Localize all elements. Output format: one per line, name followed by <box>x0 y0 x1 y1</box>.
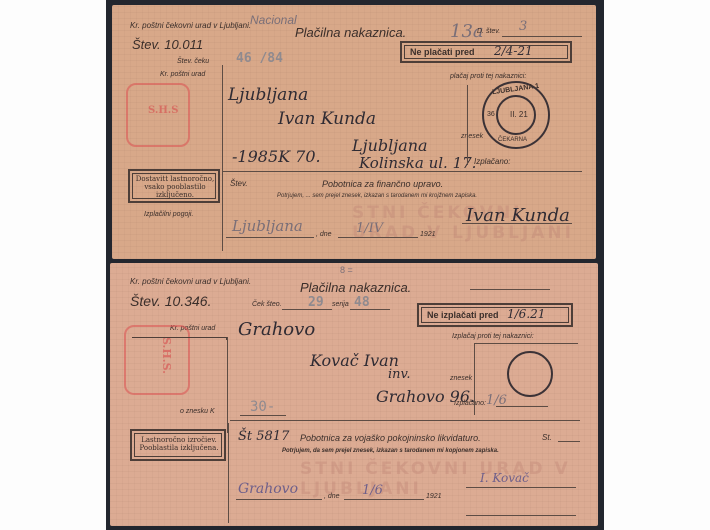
amount-label: znesek <box>450 375 472 382</box>
paid-label: Izplačano: <box>454 400 486 407</box>
payee-extra: inv. <box>388 367 410 382</box>
not-before-label: Ne izplačati pred <box>427 310 499 320</box>
postmark: LJUBLJANA 1 36 II. 21 ČEKARNA <box>482 81 550 149</box>
serija-label: serija <box>332 301 349 308</box>
payment-order-card-2: STNI ČEKOVNI URAD V LJUBLJANI 8 = Kr. po… <box>110 263 598 526</box>
cek-value: 46 /84 <box>236 51 283 66</box>
issuer-label: Kr. poštni čekovni urad v Ljubljani. <box>130 277 251 286</box>
not-before-date: 2/4-21 <box>494 44 533 58</box>
d-number-extra: 3 <box>519 19 527 34</box>
office-value: Grahovo <box>238 319 315 340</box>
instruction-box: Dostavitt lastnoročno, vsako pooblastilo… <box>128 169 220 203</box>
date-value: 1/IV <box>356 221 383 236</box>
form-number: Štev. 10.346. <box>130 293 211 309</box>
year-value: 1921 <box>420 231 436 238</box>
not-before-box: Ne izplačati pred 1/6.21 <box>417 303 573 327</box>
form-title: Plačilna nakaznica. <box>300 280 411 295</box>
cek-value: 29 <box>308 295 324 310</box>
payee-label: Izplačaj proti tej nakaznici: <box>452 333 534 340</box>
year-value: 1921 <box>426 493 442 500</box>
stev-label: Štev. <box>230 179 248 188</box>
payee-city: Ljubljana <box>352 136 428 155</box>
place-value: Grahovo <box>238 481 298 497</box>
serija-value: 48 <box>354 295 370 310</box>
top-mark: 8 = <box>340 265 353 275</box>
issuer-label: Kr. poštni čekovni urad v Ljubljani. <box>130 21 251 30</box>
signature: I. Kovač <box>480 471 529 485</box>
instruction-box: Lastnoročno izročiev. Pooblastila izklju… <box>130 429 226 461</box>
postmark-placeholder <box>507 351 553 397</box>
d-number-label: D. štev. <box>477 28 500 35</box>
payee-name: Kovač Ivan <box>310 351 399 370</box>
receipt-title: Pobotnica za vojaško pokojninsko likvida… <box>300 433 481 443</box>
amount-label-left: o znesku K <box>180 408 215 415</box>
not-before-label: Ne plačati pred <box>410 47 475 57</box>
payee-label: plačaj proti tej nakaznici: <box>450 73 526 80</box>
amount-value: -1985K 70. <box>232 147 321 166</box>
watermark-text: STNI ČEKOVNI URAD V LJUBLJANI <box>300 459 598 499</box>
date-label: , dne <box>316 231 332 238</box>
red-stamp: S.H.S. <box>124 325 190 395</box>
red-stamp: S.H.S <box>126 83 190 147</box>
form-number: Štev. 10.011 <box>132 37 203 52</box>
receipt-text: Potrjujem, ... sem prejel znesek, izkaza… <box>277 193 477 199</box>
receipt-text: Potrjujem, da sem prejel znesek, izkazan… <box>282 448 499 454</box>
date-label: , dne <box>324 493 340 500</box>
form-title: Plačilna nakaznica. <box>295 25 406 40</box>
place-value: Ljubljana <box>232 217 303 235</box>
cek-label: Ček šteo. <box>252 301 282 308</box>
st-right: St. <box>542 433 552 442</box>
payee-street: Kolinska ul. 17. <box>359 154 476 172</box>
paid-label: Izplačano: <box>474 157 510 166</box>
date-value: 1/6 <box>362 483 383 498</box>
not-before-box: Ne plačati pred 2/4-21 <box>400 41 572 63</box>
office-value: Ljubljana <box>228 85 308 105</box>
cek-label: Štev. čeku <box>177 58 209 65</box>
not-before-date: 1/6.21 <box>507 307 545 321</box>
pencil-note: Nacional <box>250 13 297 27</box>
amount-value: 30- <box>250 399 275 415</box>
amount-label: znesek <box>461 133 483 140</box>
payee-name: Ivan Kunda <box>278 109 376 129</box>
payment-order-card-1: STNI ČEKOVNI URAD V LJUBLJANI Kr. poštni… <box>112 5 596 259</box>
office-label: Kr. poštni urad <box>160 71 205 78</box>
st-value: Št 5817 <box>238 429 289 444</box>
receipt-title: Pobotnica za finančno upravo. <box>322 179 443 189</box>
conditions-label: Izplačilni pogoji. <box>144 211 193 218</box>
